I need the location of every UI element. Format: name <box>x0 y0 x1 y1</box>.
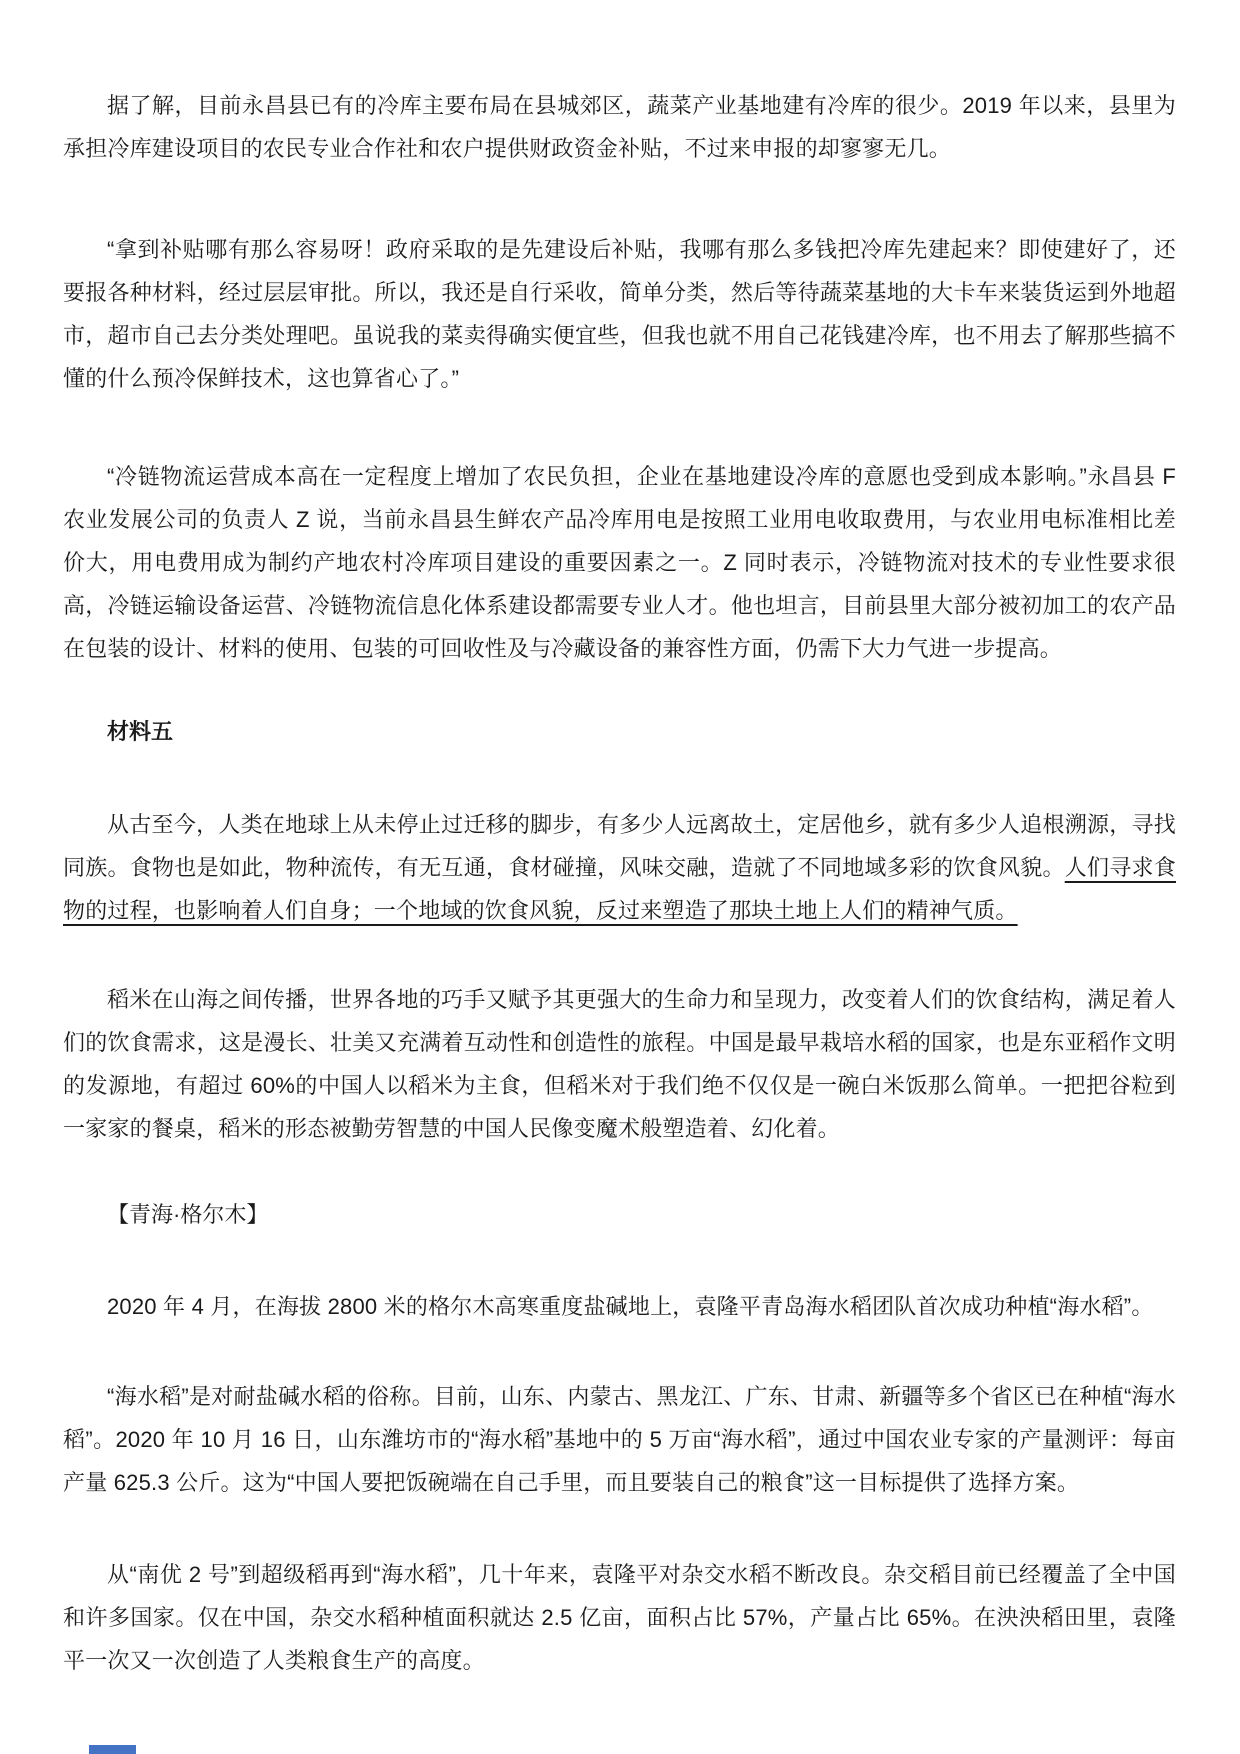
heading-material-five: 材料五 <box>63 710 1176 753</box>
paragraph-cold-storage-overview: 据了解，目前永昌县已有的冷库主要布局在县城郊区，蔬菜产业基地建有冷库的很少。20… <box>63 84 1176 170</box>
paragraph-hybrid-rice-achievement: 从“南优 2 号”到超级稻再到“海水稻”，几十年来，袁隆平对杂交水稻不断改良。杂… <box>63 1553 1176 1682</box>
document-body: 据了解，目前永昌县已有的冷库主要布局在县城郊区，蔬菜产业基地建有冷库的很少。20… <box>63 84 1176 1734</box>
paragraph-rice-spread: 稻米在山海之间传播，世界各地的巧手又赋予其更强大的生命力和呈现力，改变着人们的饮… <box>63 978 1176 1150</box>
paragraph-migration-food: 从古至今，人类在地球上从未停止过迁移的脚步，有多少人远离故土，定居他乡，就有多少… <box>63 803 1176 932</box>
paragraph-migration-food-text: 从古至今，人类在地球上从未停止过迁移的脚步，有多少人远离故土，定居他乡，就有多少… <box>63 812 1176 880</box>
document-page: 据了解，目前永昌县已有的冷库主要布局在县城郊区，蔬菜产业基地建有冷库的很少。20… <box>0 0 1240 1754</box>
page-bottom-blue-bar <box>89 1745 136 1754</box>
paragraph-farmer-quote-subsidy: “拿到补贴哪有那么容易呀！政府采取的是先建设后补贴，我哪有那么多钱把冷库先建起来… <box>63 228 1176 400</box>
paragraph-company-manager-quote: “冷链物流运营成本高在一定程度上增加了农民负担，企业在基地建设冷库的意愿也受到成… <box>63 455 1176 670</box>
paragraph-seawater-rice-planting: 2020 年 4 月，在海拔 2800 米的格尔木高寒重度盐碱地上，袁隆平青岛海… <box>63 1285 1176 1328</box>
paragraph-seawater-rice-yield: “海水稻”是对耐盐碱水稻的俗称。目前，山东、内蒙古、黑龙江、广东、甘肃、新疆等多… <box>63 1375 1176 1504</box>
heading-qinghai-golmud: 【青海·格尔木】 <box>63 1193 1176 1236</box>
